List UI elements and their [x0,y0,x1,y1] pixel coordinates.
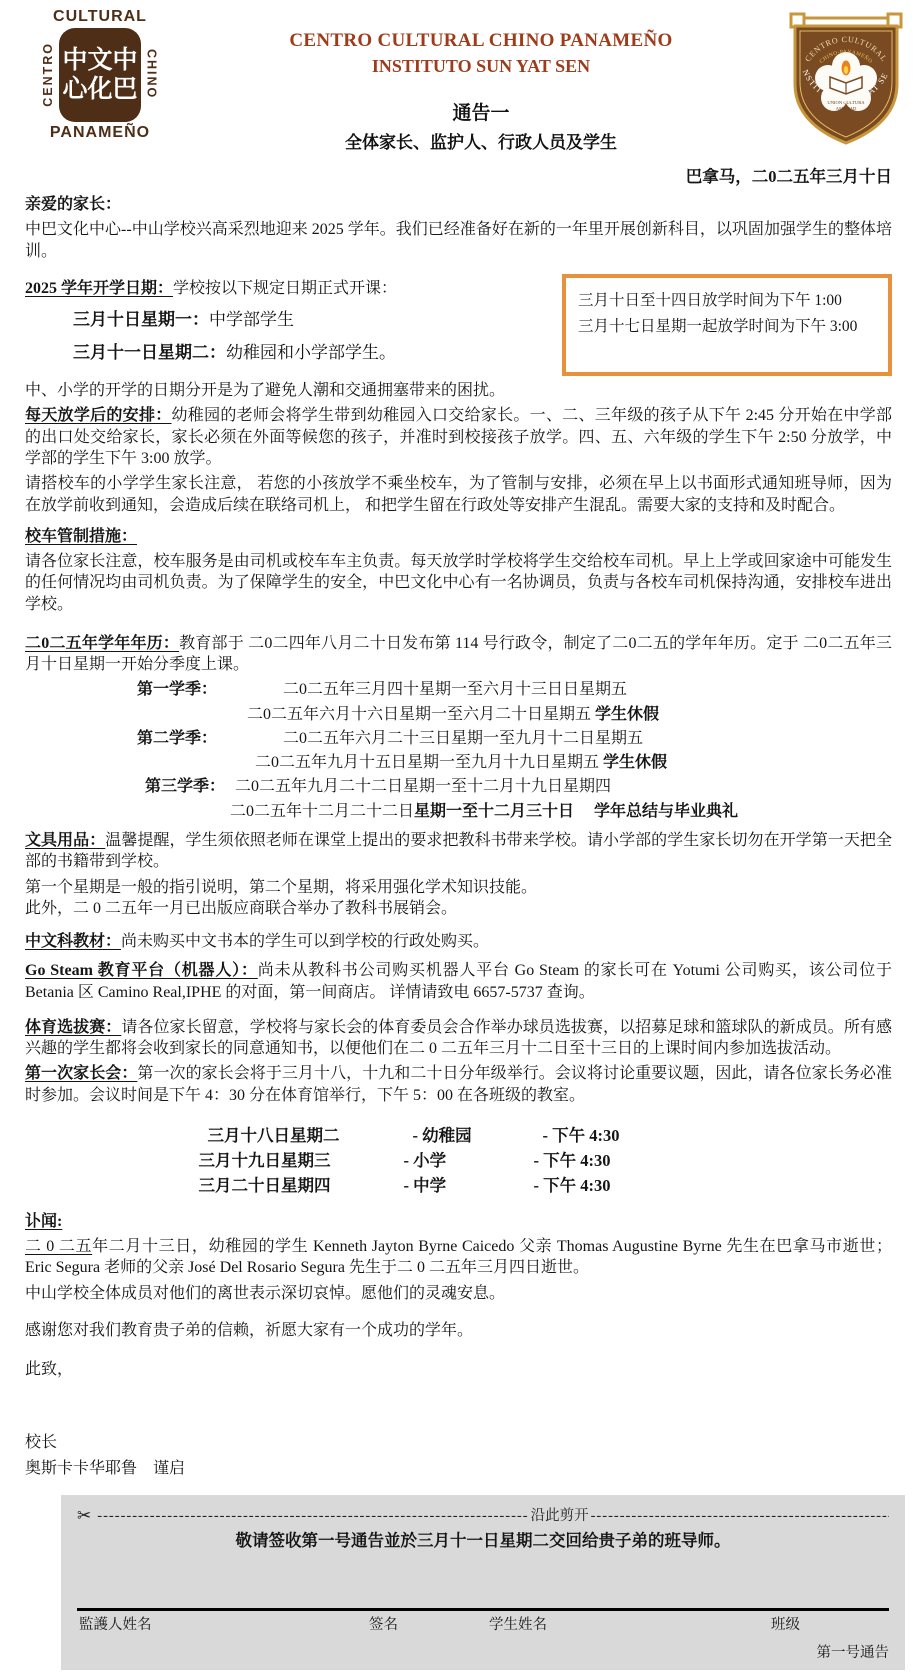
signature-rule [77,1608,889,1611]
letterhead: CULTURAL CENTRO 中文中 心化巴 CHINO PANAMEÑO C… [25,8,905,156]
parents-meeting-paragraph: 第一次家长会：第一次的家长会将于三月十八，十九和二十日分年级举行。会议将讨论重要… [25,1063,892,1106]
opening-dates-section: 2025 学年开学日期：学校按以下规定日期正式开课： 三月十日星期一：中学部学生… [25,274,892,376]
calendar-row-q2: 第二学季：二0二五年六月二十三日星期一至九月十二日星期五 [137,728,892,749]
calendar-row-q1: 第一学季：二0二五年三月四十星期一至六月十三日日星期五 [137,679,892,700]
intro-paragraph: 中巴文化中心--中山学校兴高采烈地迎来 2025 学年。我们已经准备好在新的一年… [25,219,892,262]
opening-note: 中、小学的开学的日期分开是为了避免人潮和交通拥塞带来的困扰。 [25,380,892,401]
calendar-row-q1-break: 二0二五年六月十六日星期一至六月二十日星期五 学生休假 [247,704,892,725]
thanks-line: 感谢您对我们教育贵子弟的信赖，祈愿大家有一个成功的学年。 [25,1320,892,1341]
condolence-line: 中山学校全体成员对他们的离世表示深切哀悼。愿他们的灵魂安息。 [25,1283,892,1304]
notice-page: CULTURAL CENTRO 中文中 心化巴 CHINO PANAMEÑO C… [0,0,917,1676]
obituary-lead: 二 0 二五 [25,1238,92,1255]
time-box-line2: 三月十七日星期一起放学时间为下午 3:00 [578,317,876,338]
logo-word-top: CULTURAL [25,8,175,26]
cut-here-rule: ✂ --------------------------------------… [77,1505,889,1528]
dismissal-head: 每天放学后的安排： [25,407,172,424]
sports-head: 体育选拔赛： [25,1019,121,1036]
regards-line: 此致， [25,1359,892,1380]
logo-chinese-seal: 中文中 心化巴 [59,28,141,122]
logo-chars-line2: 心化巴 [62,75,137,104]
bus-control-paragraph: 请各位家长注意，校车服务是由司机或校车车主负责。每天放学时学校将学生交给校车司机… [25,551,892,615]
time-box-line1: 三月十日至十四日放学时间为下午 1:00 [578,291,876,312]
calendar-row-q3: 第三学季：二0二五年九月二十二日星期一至十二月十九日星期四 [145,776,892,797]
go-steam-paragraph: Go Steam 教育平台（机器人）：尚未从教科书公司购买机器人平台 Go St… [25,960,892,1003]
cut-here-label: 沿此剪开 [529,1507,591,1526]
stationery-line3: 此外，二 0 二五年一月已出版应商联合举办了教科书展销会。 [25,898,892,919]
parents-meeting-head: 第一次家长会： [25,1065,137,1082]
student-name-label: 学生姓名 [489,1616,547,1635]
notice-audience: 全体家长、监护人、行政人员及学生 [175,132,787,155]
logo-word-bottom: PANAMEÑO [25,124,175,142]
meeting-row-kindergarten: 三月十八日星期二 - 幼稚园 - 下午 4:30 [190,1125,728,1147]
calendar-row-q2-break: 二0二五年九月十五日星期一至九月十九日星期五 学生休假 [255,752,892,773]
slip-field-labels: 監護人姓名 签名 学生姓名 班级 [77,1616,889,1640]
notice-number: 通告一 [175,101,787,126]
meeting-row-secondary: 三月二十日星期四 - 中学 - 下午 4:30 [199,1175,719,1197]
org-name-line1: CENTRO CULTURAL CHINO PANAMEÑO [175,28,787,53]
org-name-line2: INSTITUTO SUN YAT SEN [175,55,787,79]
signature-label: 签名 [369,1616,398,1635]
cut-dashes-right: ----------------------------------------… [591,1507,889,1526]
calendar-row-closing: 二0二五年十二月二十二日星期一至十二月三十日 学年总结与毕业典礼 [230,801,892,822]
sports-tryouts-paragraph: 体育选拔赛：请各位家长留意，学校将与家长会的体育委员会合作举办球员选拔赛，以招募… [25,1017,892,1060]
crest-svg: UNION CULTURA AMISTAD CENTRO CULTURAL CH… [787,10,905,150]
meeting-row-primary: 三月十九日星期三 - 小学 - 下午 4:30 [199,1150,719,1172]
title-block: CENTRO CULTURAL CHINO PANAMEÑO INSTITUTO… [175,8,787,155]
notice-footer-number: 第一号通告 [77,1640,889,1665]
slip-instruction: 敬请签收第一号通告並於三月十一日星期二交回给贵子弟的班导师。 [77,1530,889,1552]
calendar-head: 二0二五年学年年历： [25,635,179,652]
bus-control-heading: 校车管制措施： [25,526,892,547]
guardian-name-label: 監護人姓名 [79,1616,152,1635]
dismissal-time-highlight-box: 三月十日至十四日放学时间为下午 1:00 三月十七日星期一起放学时间为下午 3:… [562,274,892,376]
opening-item-secondary: 三月十日星期一：中学部学生 [73,309,554,332]
salutation: 亲爱的家长： [25,194,892,215]
school-crest: UNION CULTURA AMISTAD CENTRO CULTURAL CH… [787,10,905,156]
stationery-line2: 第一个星期是一般的指引说明，第二个星期，将采用强化学术知识技能。 [25,877,892,898]
principal-title: 校长 [25,1432,892,1453]
reply-slip: ✂ --------------------------------------… [61,1495,905,1670]
logo-word-left: CENTRO [40,42,57,107]
crest-banner-line2: AMISTAD [836,106,857,111]
principal-signature: 奥斯卡卡华耶鲁 谨启 [25,1458,892,1479]
bus-rider-note: 请搭校车的小学学生家长注意， 若您的小孩放学不乘坐校车，为了管制与安排，必须在早… [25,473,892,516]
obituary-paragraph: 二 0 二五年二月十三日，幼稚园的学生 Kenneth Jayton Byrne… [25,1236,892,1279]
dismissal-paragraph: 每天放学后的安排：幼稚园的老师会将学生带到幼稚园入口交给家长。一、二、三年级的孩… [25,405,892,469]
opening-item-primary: 三月十一日星期二：幼稚园和小学部学生。 [73,342,554,365]
calendar-paragraph: 二0二五年学年年历：教育部于 二0二四年八月二十日发布第 114 号行政令，制定… [25,633,892,676]
chinese-textbook-head: 中文科教材： [25,933,121,950]
notice-body: 巴拿马，二0二五年三月十日 亲爱的家长： 中巴文化中心--中山学校兴高采烈地迎来… [25,166,905,1479]
logo-word-right: CHINO [143,49,160,99]
class-label: 班级 [771,1616,800,1635]
opening-head-label: 2025 学年开学日期： [25,280,173,297]
go-steam-head: Go Steam 教育平台（机器人）： [25,962,258,979]
stationery-paragraph: 文具用品：温馨提醒，学生须依照老师在课堂上提出的要求把教科书带来学校。请小学部的… [25,830,892,873]
logo-chars-line1: 中文中 [62,46,137,75]
cut-dashes-left: ----------------------------------------… [97,1507,528,1526]
place-date-line: 巴拿马，二0二五年三月十日 [25,166,892,188]
obituary-heading: 讣闻: [25,1211,892,1232]
ccchp-square-logo: CULTURAL CENTRO 中文中 心化巴 CHINO PANAMEÑO [25,8,175,141]
opening-heading: 2025 学年开学日期：学校按以下规定日期正式开课： [25,278,554,299]
scissors-icon: ✂ [77,1505,91,1528]
stationery-head: 文具用品： [25,832,105,849]
chinese-textbook-paragraph: 中文科教材：尚未购买中文书本的学生可以到学校的行政处购买。 [25,931,892,952]
